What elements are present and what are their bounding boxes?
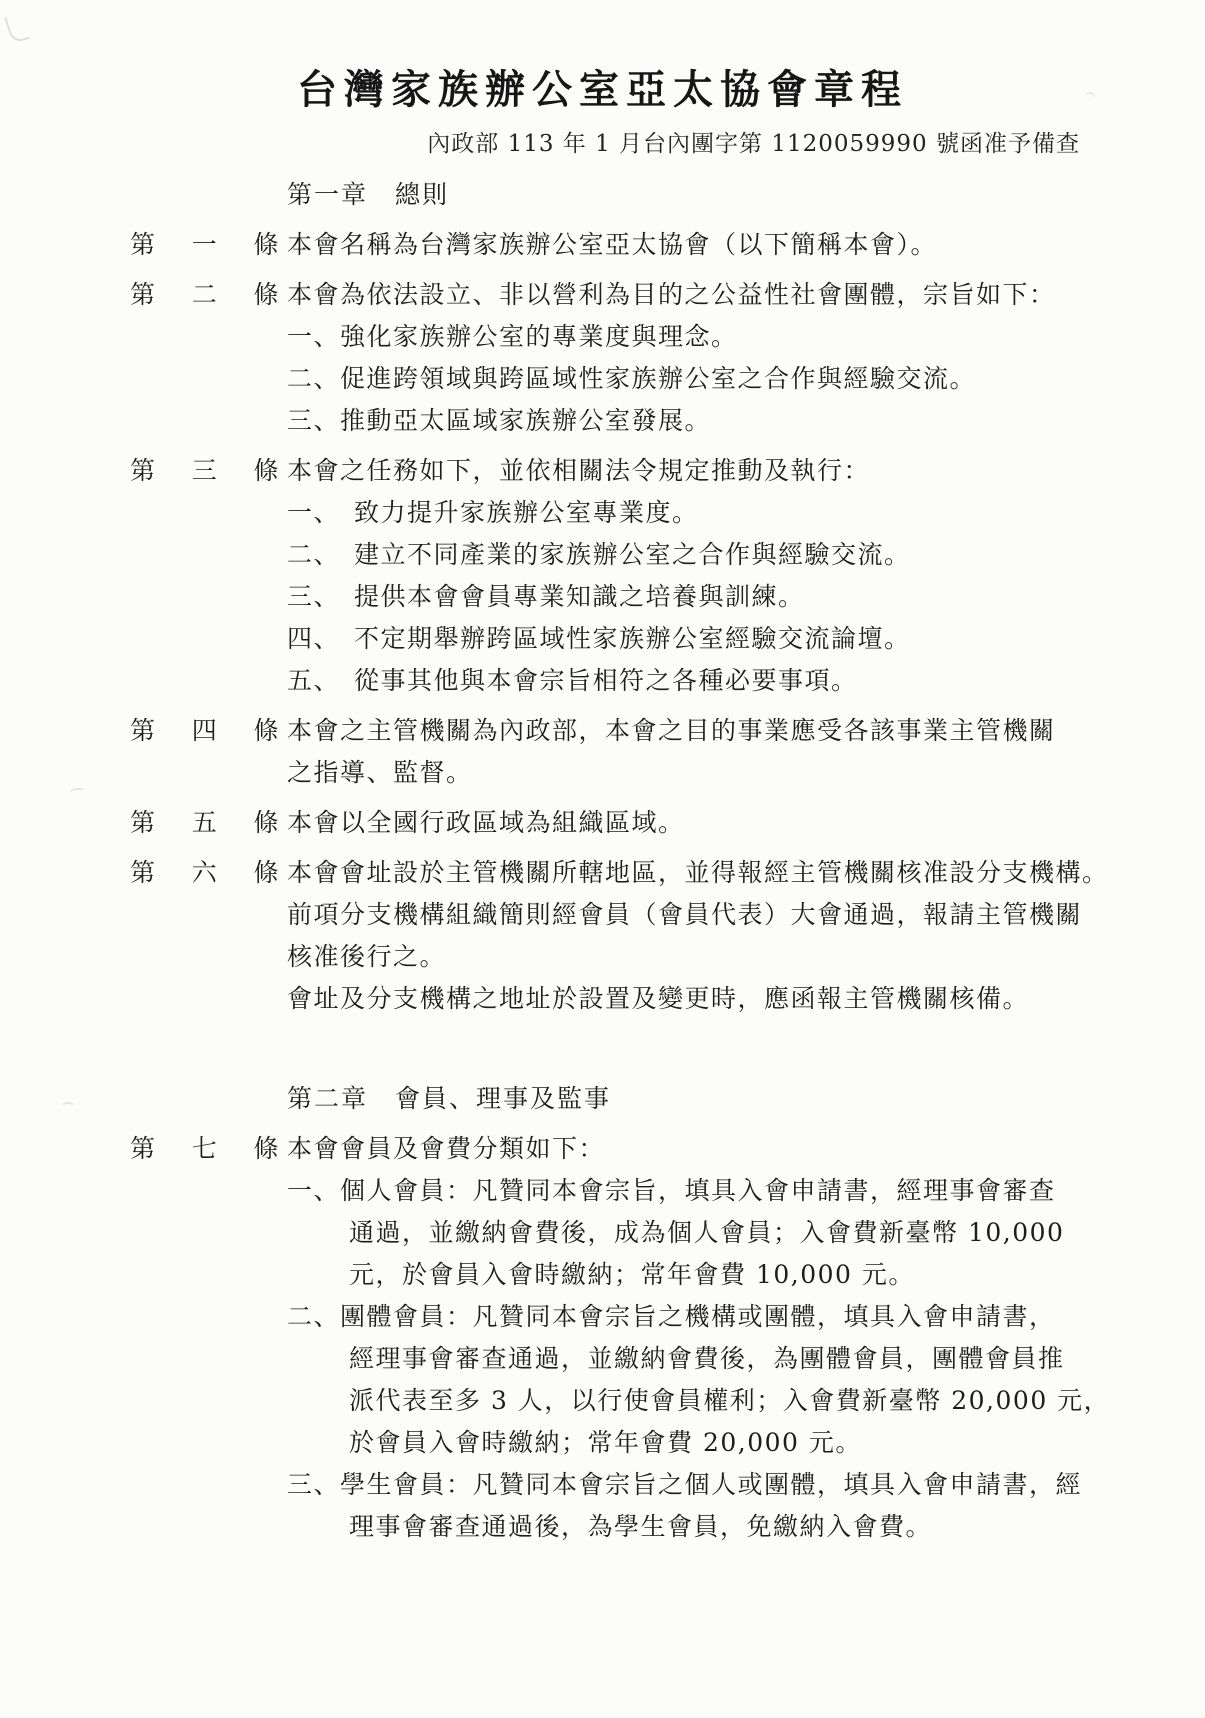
article-line: 本會以全國行政區域為組織區域。 [287, 802, 1090, 844]
article-number-char: 條 [253, 710, 280, 752]
article-body: 本會之任務如下，並依相關法令規定推動及執行： 一、 致力提升家族辦公室專業度。 … [287, 450, 1090, 702]
article-number: 第 七 條 [130, 1128, 280, 1170]
article-number-char: 第 [130, 274, 157, 316]
article-number-char: 條 [253, 274, 280, 316]
article-number-char: 第 [130, 710, 157, 752]
article-subitem-continuation: 元，於會員入會時繳納；常年會費 10,000 元。 [349, 1254, 1110, 1296]
article-subitem: 一、個人會員：凡贊同本會宗旨，填具入會申請書，經理事會審查 [287, 1170, 1110, 1212]
document-body: 第一章 總則 第 一 條 本會名稱為台灣家族辦公室亞太協會（以下簡稱本會）。 第… [130, 174, 1090, 1548]
article-body: 本會以全國行政區域為組織區域。 [287, 802, 1090, 844]
scan-artifact [62, 1102, 74, 1109]
article-body: 本會名稱為台灣家族辦公室亞太協會（以下簡稱本會）。 [287, 224, 1090, 266]
article-line: 本會為依法設立、非以營利為目的之公益性社會團體，宗旨如下： [287, 274, 1090, 316]
article-number-char: 六 [192, 852, 219, 894]
article-line: 核准後行之。 [287, 936, 1109, 978]
article-body: 本會會址設於主管機關所轄地區，並得報經主管機關核准設分支機構。 前項分支機構組織… [287, 852, 1109, 1020]
article-number-char: 七 [192, 1128, 219, 1170]
article-number-char: 第 [130, 450, 157, 492]
article-subitem: 四、 不定期舉辦跨區域性家族辦公室經驗交流論壇。 [287, 618, 1090, 660]
article-number-char: 二 [192, 274, 219, 316]
article-line: 前項分支機構組織簡則經會員（會員代表）大會通過，報請主管機關 [287, 894, 1109, 936]
article-number-char: 四 [192, 710, 219, 752]
article-line: 本會名稱為台灣家族辦公室亞太協會（以下簡稱本會）。 [287, 224, 1090, 266]
article-line: 本會會員及會費分類如下： [287, 1128, 1110, 1170]
article-number-char: 五 [192, 802, 219, 844]
article-subitem-continuation: 派代表至多 3 人，以行使會員權利；入會費新臺幣 20,000 元， [349, 1380, 1110, 1422]
page-title: 台灣家族辦公室亞太協會章程 [0, 58, 1205, 115]
article-subitem-continuation: 通過，並繳納會費後，成為個人會員；入會費新臺幣 10,000 [349, 1212, 1110, 1254]
article-body: 本會為依法設立、非以營利為目的之公益性社會團體，宗旨如下： 一、強化家族辦公室的… [287, 274, 1090, 442]
article-body: 本會會員及會費分類如下： 一、個人會員：凡贊同本會宗旨，填具入會申請書，經理事會… [287, 1128, 1110, 1548]
article-number-char: 條 [253, 852, 280, 894]
article-line: 本會之任務如下，並依相關法令規定推動及執行： [287, 450, 1090, 492]
article-number: 第 一 條 [130, 224, 280, 266]
article-number-char: 一 [192, 224, 219, 266]
article-line: 本會會址設於主管機關所轄地區，並得報經主管機關核准設分支機構。 [287, 852, 1109, 894]
article-6: 第 六 條 本會會址設於主管機關所轄地區，並得報經主管機關核准設分支機構。 前項… [130, 852, 1090, 1020]
article-subitem: 二、 建立不同產業的家族辦公室之合作與經驗交流。 [287, 534, 1090, 576]
article-subitem-continuation: 於會員入會時繳納；常年會費 20,000 元。 [349, 1422, 1110, 1464]
article-line: 本會之主管機關為內政部，本會之目的事業應受各該事業主管機關 [287, 710, 1090, 752]
article-line: 之指導、監督。 [287, 752, 1090, 794]
article-number: 第 四 條 [130, 710, 280, 752]
article-5: 第 五 條 本會以全國行政區域為組織區域。 [130, 802, 1090, 844]
article-number-char: 第 [130, 224, 157, 266]
article-number: 第 二 條 [130, 274, 280, 316]
scan-artifact [4, 12, 30, 44]
article-number-char: 三 [192, 450, 219, 492]
article-3: 第 三 條 本會之任務如下，並依相關法令規定推動及執行： 一、 致力提升家族辦公… [130, 450, 1090, 702]
article-number: 第 五 條 [130, 802, 280, 844]
scan-artifact [70, 787, 85, 797]
approval-note: 內政部 113 年 1 月台內團字第 1120059990 號函准予備查 [0, 125, 1080, 158]
article-7: 第 七 條 本會會員及會費分類如下： 一、個人會員：凡贊同本會宗旨，填具入會申請… [130, 1128, 1090, 1548]
article-subitem: 二、促進跨領域與跨區域性家族辦公室之合作與經驗交流。 [287, 358, 1090, 400]
article-number: 第 三 條 [130, 450, 280, 492]
chapter-heading-1: 第一章 總則 [287, 174, 1090, 216]
article-4: 第 四 條 本會之主管機關為內政部，本會之目的事業應受各該事業主管機關 之指導、… [130, 710, 1090, 794]
article-subitem: 一、強化家族辦公室的專業度與理念。 [287, 316, 1090, 358]
article-subitem-continuation: 理事會審查通過後，為學生會員，免繳納入會費。 [349, 1506, 1110, 1548]
article-subitem: 一、 致力提升家族辦公室專業度。 [287, 492, 1090, 534]
article-number-char: 條 [253, 224, 280, 266]
article-1: 第 一 條 本會名稱為台灣家族辦公室亞太協會（以下簡稱本會）。 [130, 224, 1090, 266]
article-number-char: 條 [253, 450, 280, 492]
article-subitem: 三、 提供本會會員專業知識之培養與訓練。 [287, 576, 1090, 618]
chapter-heading-2: 第二章 會員、理事及監事 [287, 1078, 1090, 1120]
article-number-char: 第 [130, 802, 157, 844]
article-number-char: 第 [130, 1128, 157, 1170]
article-number-char: 第 [130, 852, 157, 894]
article-number-char: 條 [253, 1128, 280, 1170]
article-subitem: 五、 從事其他與本會宗旨相符之各種必要事項。 [287, 660, 1090, 702]
article-subitem: 二、團體會員：凡贊同本會宗旨之機構或團體，填具入會申請書， [287, 1296, 1110, 1338]
article-line: 會址及分支機構之地址於設置及變更時，應函報主管機關核備。 [287, 978, 1109, 1020]
article-number-char: 條 [253, 802, 280, 844]
article-body: 本會之主管機關為內政部，本會之目的事業應受各該事業主管機關 之指導、監督。 [287, 710, 1090, 794]
article-2: 第 二 條 本會為依法設立、非以營利為目的之公益性社會團體，宗旨如下： 一、強化… [130, 274, 1090, 442]
article-number: 第 六 條 [130, 852, 280, 894]
article-subitem: 三、學生會員：凡贊同本會宗旨之個人或團體，填具入會申請書，經 [287, 1464, 1110, 1506]
article-subitem: 三、推動亞太區域家族辦公室發展。 [287, 400, 1090, 442]
article-subitem-continuation: 經理事會審查通過，並繳納會費後，為團體會員，團體會員推 [349, 1338, 1110, 1380]
document-page: 台灣家族辦公室亞太協會章程 內政部 113 年 1 月台內團字第 1120059… [0, 0, 1205, 1548]
